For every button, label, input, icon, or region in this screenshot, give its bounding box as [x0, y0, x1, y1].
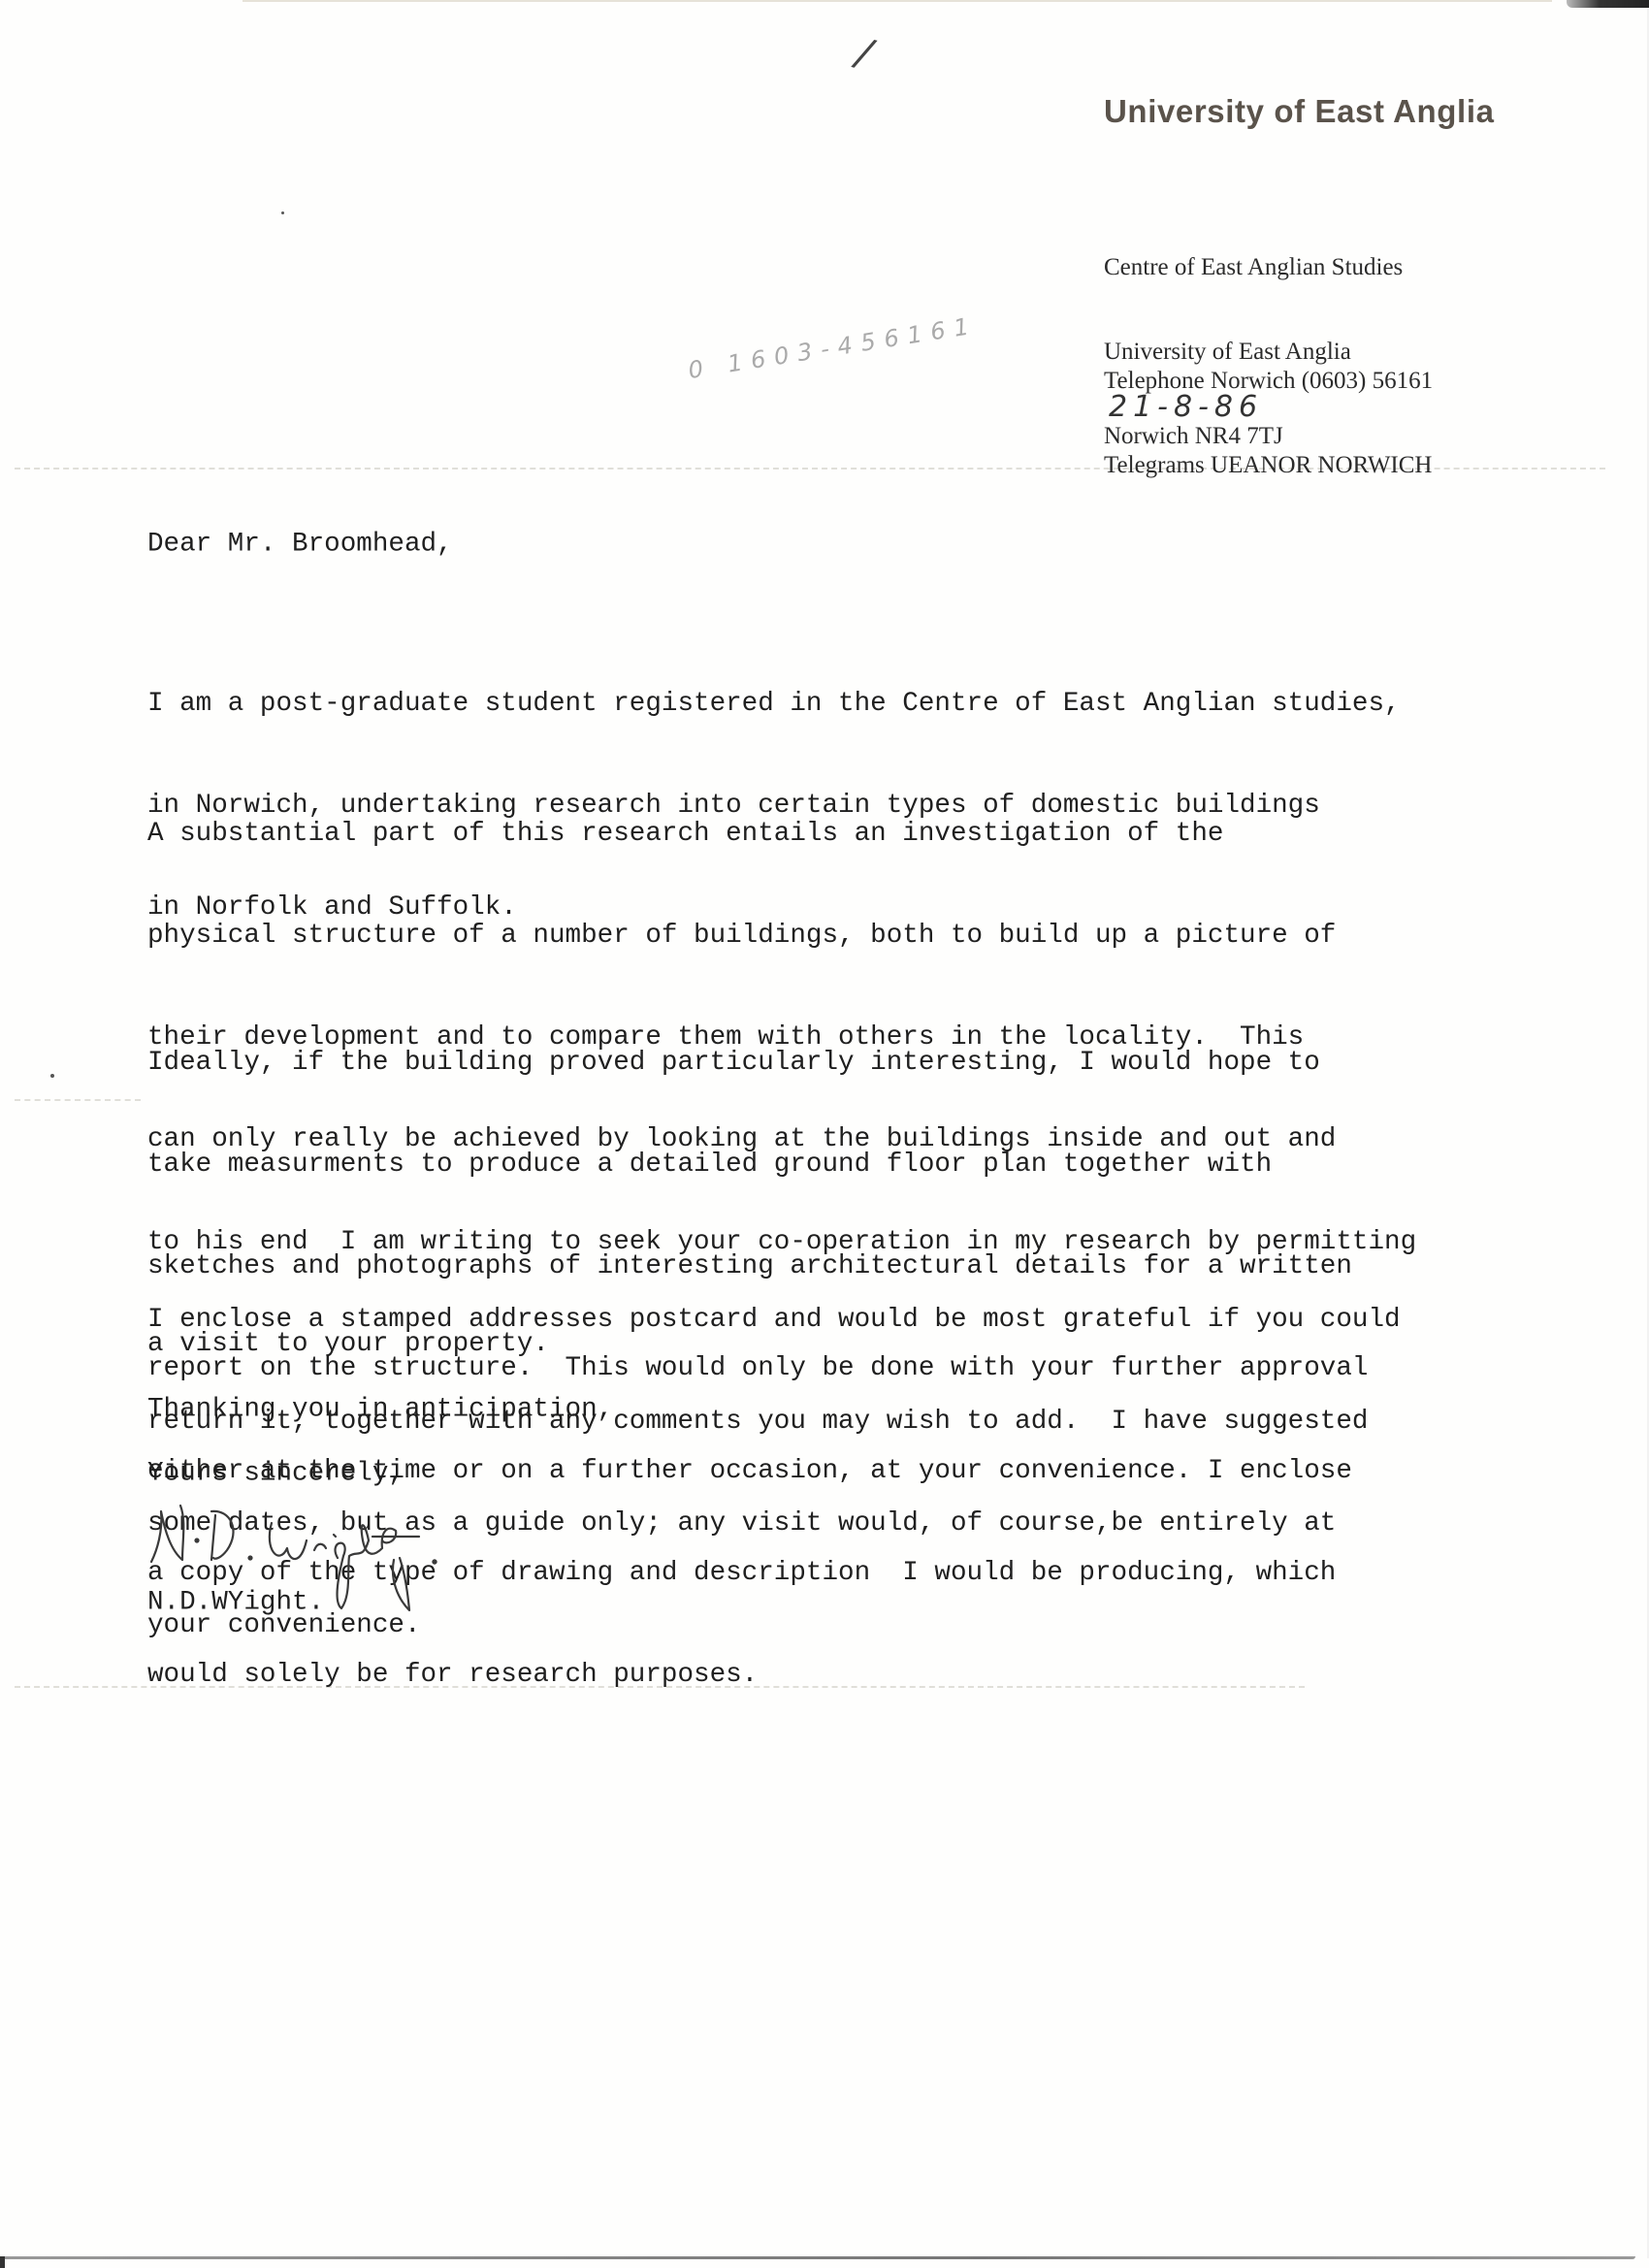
- closing-thanks: Thanking you in anticipation,: [147, 1393, 613, 1427]
- letterhead-institution: University of East Anglia: [1104, 93, 1495, 130]
- salutation: Dear Mr. Broomhead,: [147, 528, 453, 562]
- scan-bottom-edge: [0, 2256, 1635, 2259]
- telegram-line: Telegrams UEANOR NORWICH: [1104, 451, 1433, 479]
- text-line: physical structure of a number of buildi…: [147, 919, 1416, 953]
- page-corner-curl: [1567, 0, 1649, 8]
- text-line: I enclose a stamped addresses postcard a…: [147, 1303, 1401, 1337]
- text-line: I am a post-graduate student registered …: [147, 687, 1401, 721]
- scan-top-edge: [242, 0, 1552, 2]
- typed-signatory-name: N.D.WYight.: [147, 1586, 324, 1620]
- fold-line-left: [15, 1099, 141, 1101]
- ink-speck: [50, 1074, 54, 1078]
- text-line: A substantial part of this research enta…: [147, 817, 1416, 851]
- address-line: Centre of East Anglian Studies: [1104, 253, 1403, 281]
- handwritten-phone-note: 0 1603-456161: [687, 311, 980, 384]
- scan-corner-shadow: [0, 2256, 5, 2268]
- ink-speck: [281, 211, 284, 214]
- text-line: take measurments to produce a detailed g…: [147, 1148, 1368, 1182]
- handwritten-date: 21-8-86: [1109, 390, 1263, 424]
- letter-page: University of East Anglia Centre of East…: [0, 0, 1649, 2268]
- text-line: Ideally, if the building proved particul…: [147, 1046, 1368, 1080]
- handwritten-page-mark: /: [853, 30, 876, 77]
- closing-sign-off: Yours sincerely,: [147, 1457, 404, 1491]
